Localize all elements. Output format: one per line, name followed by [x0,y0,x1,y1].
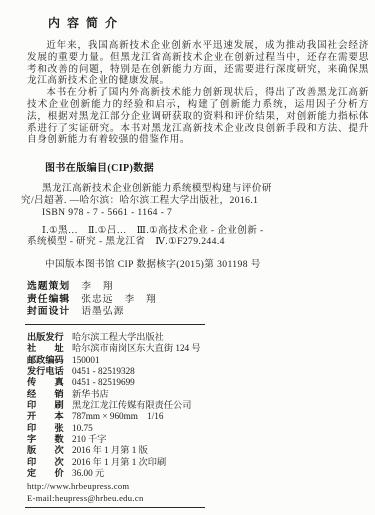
intro-paragraph: 近年来，我国高新技术企业创新水平迅速发展，成为推动我国社会经济发展的重要力量。但… [27,40,369,87]
colophon-label: 经 销 [27,389,66,400]
colophon-value: 210 千字 [72,434,106,445]
colophon-label: 出版发行 [27,332,66,343]
colophon-value: 2016 年 1 月第 1 次印刷 [72,457,166,468]
intro-heading: 内 容 简 介 [48,14,369,31]
colophon-value: 新华书店 [72,389,109,400]
colophon-label: 印 刷 [27,400,66,411]
intro-section: 近年来，我国高新技术企业创新水平迅速发展，成为推动我国社会经济发展的重要力量。但… [27,40,369,146]
colophon-label: 字 数 [27,434,66,445]
credit-value: 语墨弘源 [81,306,124,319]
colophon-row: 印 张 10.75 [27,423,369,434]
colophon-value: 哈尔滨工程大学出版社 [72,332,164,343]
colophon-row: 定 价 36.00 元 [27,468,369,479]
publisher-email: E-mail:heupress@hrbeu.edu.cn [27,493,369,505]
colophon-label: 版 次 [27,445,66,456]
colophon-row: 版 次 2016 年 1 月第 1 版 [27,445,369,456]
colophon-row: 发行电话 0451 - 82519328 [27,366,369,377]
colophon-label: 定 价 [27,468,66,479]
credit-value: 李 翔 [81,281,113,294]
cip-record: 黑龙江高新技术企业创新能力系统模型构建与评价研 究/吕超著. —哈尔滨：哈尔滨工… [27,183,369,218]
credit-label: 封面设计 [27,306,70,319]
cip-record-line: 究/吕超著. —哈尔滨：哈尔滨工程大学出版社，2016.1 [21,195,369,207]
classification-line: 系统模型 - 研究 - 黑龙江省 Ⅳ.①F279.244.4 [27,236,369,248]
cip-classification: Ⅰ.①黑… Ⅱ.①吕… Ⅲ.①高技术企业 - 企业创新 - 系统模型 - 研究 … [27,225,369,249]
credit-row: 选题策划 李 翔 [27,281,369,294]
isbn-line: ISBN 978 - 7 - 5661 - 1164 - 7 [27,207,369,219]
colophon-value: 150001 [72,355,100,366]
publisher-url: http://www.hrbeupress.com [27,481,369,493]
credit-row: 封面设计 语墨弘源 [27,306,369,319]
colophon-row: 社 址 哈尔滨市南岗区东大直街 124 号 [27,343,369,354]
cip-registry: 中国版本图书馆 CIP 数据核字(2015)第 301198 号 [27,256,369,270]
intro-paragraph: 本书在分析了国内外高新技术能力创新现状后，得出了改善黑龙江高新技术企业创新能力的… [27,87,369,146]
colophon-row: 印 刷 黑龙江龙江传媒有限责任公司 [27,400,369,411]
cip-record-line: 黑龙江高新技术企业创新能力系统模型构建与评价研 [27,183,369,195]
colophon-section: 出版发行 哈尔滨工程大学出版社 社 址 哈尔滨市南岗区东大直街 124 号 邮政… [27,332,369,479]
credit-label: 选题策划 [27,281,70,294]
credit-row: 责任编辑 张忠远 李 翔 [27,294,369,307]
colophon-label: 印 张 [27,423,66,434]
colophon-label: 发行电话 [27,366,66,377]
colophon-label: 传 真 [27,377,66,388]
cip-heading: 图书在版编目(CIP)数据 [45,159,369,174]
colophon-label: 社 址 [27,343,66,354]
publisher-links: http://www.hrbeupress.com E-mail:heupres… [27,481,369,504]
colophon-value: 0451 - 82519328 [72,366,135,377]
colophon-value: 0451 - 82519699 [72,377,135,388]
colophon-row: 印 次 2016 年 1 月第 1 次印刷 [27,457,369,468]
colophon-label: 印 次 [27,457,66,468]
colophon-value: 10.75 [72,423,93,434]
divider-line [25,507,205,508]
colophon-row: 经 销 新华书店 [27,389,369,400]
colophon-value: 787mm × 960mm 1/16 [72,411,163,422]
colophon-row: 传 真 0451 - 82519699 [27,377,369,388]
credits-section: 选题策划 李 翔 责任编辑 张忠远 李 翔 封面设计 语墨弘源 [27,281,369,319]
colophon-value: 2016 年 1 月第 1 版 [72,445,148,456]
colophon-value: 哈尔滨市南岗区东大直街 124 号 [72,343,201,354]
divider-line [25,324,205,325]
colophon-value: 黑龙江龙江传媒有限责任公司 [72,400,191,411]
colophon-row: 邮政编码 150001 [27,355,369,366]
colophon-label: 开 本 [27,411,66,422]
copyright-page: 内 容 简 介 近年来，我国高新技术企业创新水平迅速发展，成为推动我国社会经济发… [0,0,375,515]
colophon-value: 36.00 元 [72,468,104,479]
credit-label: 责任编辑 [27,294,70,307]
credit-value: 张忠远 李 翔 [81,294,157,307]
classification-line: Ⅰ.①黑… Ⅱ.①吕… Ⅲ.①高技术企业 - 企业创新 - [27,225,369,237]
colophon-label: 邮政编码 [27,355,66,366]
colophon-row: 字 数 210 千字 [27,434,369,445]
colophon-row: 出版发行 哈尔滨工程大学出版社 [27,332,369,343]
colophon-row: 开 本 787mm × 960mm 1/16 [27,411,369,422]
